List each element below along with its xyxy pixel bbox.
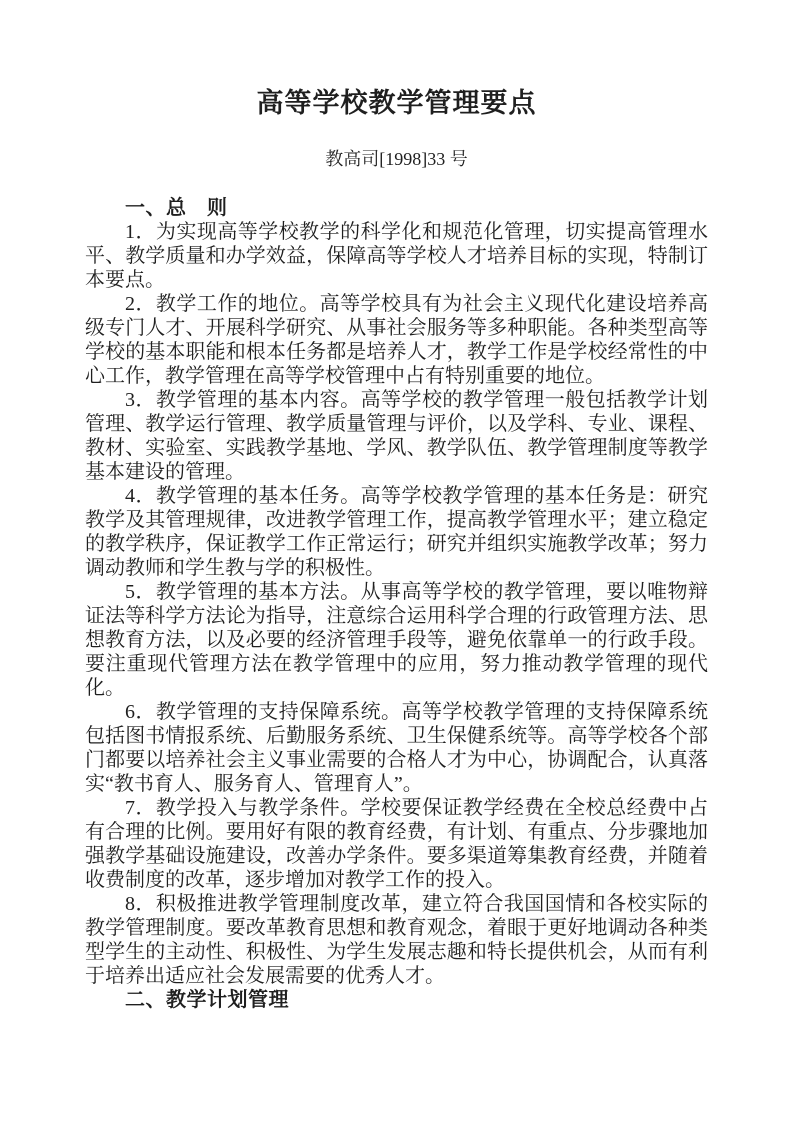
paragraph-2: 2．教学工作的地位。高等学校具有为社会主义现代化建设培养高级专门人才、开展科学研… <box>85 292 708 388</box>
document-content: 高等学校教学管理要点 教高司[1998]33 号 一、总 则 1．为实现高等学校… <box>85 0 708 1012</box>
paragraph-1: 1．为实现高等学校教学的科学化和规范化管理，切实提高管理水平、教学质量和办学效益… <box>85 220 708 292</box>
document-number: 教高司[1998]33 号 <box>85 148 708 170</box>
paragraph-6: 6．教学管理的支持保障系统。高等学校教学管理的支持保障系统包括图书情报系统、后勤… <box>85 700 708 796</box>
section-heading-general-provisions: 一、总 则 <box>85 196 708 220</box>
document-title: 高等学校教学管理要点 <box>85 0 708 120</box>
document-page: 高等学校教学管理要点 教高司[1998]33 号 一、总 则 1．为实现高等学校… <box>0 0 793 1122</box>
paragraph-8: 8．积极推进教学管理制度改革，建立符合我国国情和各校实际的教学管理制度。要改革教… <box>85 892 708 988</box>
section-heading-teaching-plan-management: 二、教学计划管理 <box>85 988 708 1012</box>
paragraph-4: 4．教学管理的基本任务。高等学校教学管理的基本任务是：研究教学及其管理规律，改进… <box>85 484 708 580</box>
paragraph-3: 3．教学管理的基本内容。高等学校的教学管理一般包括教学计划管理、教学运行管理、教… <box>85 388 708 484</box>
paragraph-7: 7．教学投入与教学条件。学校要保证教学经费在全校总经费中占有合理的比例。要用好有… <box>85 796 708 892</box>
paragraph-5: 5．教学管理的基本方法。从事高等学校的教学管理，要以唯物辩证法等科学方法论为指导… <box>85 580 708 700</box>
